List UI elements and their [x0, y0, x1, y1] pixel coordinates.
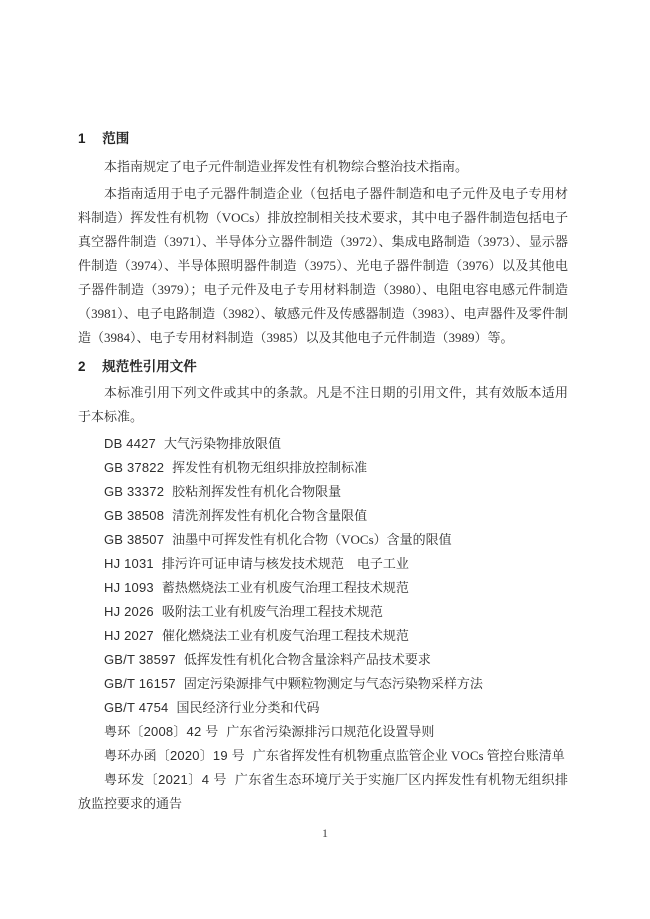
reference-title: 固定污染源排气中颗粒物测定与气态污染物采样方法: [184, 676, 483, 691]
reference-item: GB 37822挥发性有机物无组织排放控制标准: [78, 456, 568, 480]
reference-item: HJ 2026吸附法工业有机废气治理工程技术规范: [78, 600, 568, 624]
reference-code: 粤环发〔2021〕4 号: [104, 772, 227, 787]
reference-item: GB 38507油墨中可挥发性有机化合物（VOCs）含量的限值: [78, 528, 568, 552]
reference-title: 低挥发性有机化合物含量涂料产品技术要求: [184, 652, 431, 667]
reference-item: GB/T 38597低挥发性有机化合物含量涂料产品技术要求: [78, 648, 568, 672]
reference-code: HJ 2026: [104, 604, 154, 619]
reference-title: 排污许可证申请与核发技术规范 电子工业: [162, 556, 409, 571]
reference-title: 清洗剂挥发性有机化合物含量限值: [172, 508, 367, 523]
reference-code: GB 37822: [104, 460, 164, 475]
reference-title: 蓄热燃烧法工业有机废气治理工程技术规范: [162, 580, 409, 595]
reference-item: 粤环办函〔2020〕19 号广东省挥发性有机物重点监管企业 VOCs 管控台账清…: [78, 744, 568, 768]
reference-code: 粤环办函〔2020〕19 号: [104, 748, 245, 763]
reference-title: 油墨中可挥发性有机化合物（VOCs）含量的限值: [172, 532, 452, 547]
reference-item: GB/T 4754国民经济行业分类和代码: [78, 696, 568, 720]
reference-item: DB 4427大气污染物排放限值: [78, 432, 568, 456]
reference-code: GB 38507: [104, 532, 164, 547]
page-number: 1: [0, 826, 650, 841]
section-normative-references: 2 规范性引用文件 本标准引用下列文件或其中的条款。凡是不注日期的引用文件，其有…: [78, 355, 568, 816]
section-number: 1: [78, 127, 86, 151]
reference-item: HJ 1031排污许可证申请与核发技术规范 电子工业: [78, 552, 568, 576]
reference-title: 挥发性有机物无组织排放控制标准: [172, 460, 367, 475]
reference-code: GB 33372: [104, 484, 164, 499]
reference-item: GB 33372胶粘剂挥发性有机化合物限量: [78, 480, 568, 504]
scope-paragraph-1: 本指南规定了电子元件制造业挥发性有机物综合整治技术指南。: [78, 155, 568, 179]
reference-title: 胶粘剂挥发性有机化合物限量: [172, 484, 341, 499]
reference-title: 大气污染物排放限值: [164, 436, 281, 451]
scope-paragraph-2: 本指南适用于电子元器件制造企业（包括电子器件制造和电子元件及电子专用材料制造）挥…: [78, 182, 568, 350]
section-number: 2: [78, 355, 86, 379]
reference-title: 吸附法工业有机废气治理工程技术规范: [162, 604, 383, 619]
section-title: 规范性引用文件: [102, 359, 197, 374]
reference-code: DB 4427: [104, 436, 156, 451]
reference-list: DB 4427大气污染物排放限值GB 37822挥发性有机物无组织排放控制标准G…: [78, 432, 568, 816]
reference-title: 广东省污染源排污口规范化设置导则: [226, 724, 434, 739]
reference-title: 催化燃烧法工业有机废气治理工程技术规范: [162, 628, 409, 643]
reference-item: 粤环发〔2021〕4 号广东省生态环境厅关于实施厂区内挥发性有机物无组织排放监控…: [78, 768, 568, 816]
reference-code: GB/T 4754: [104, 700, 168, 715]
reference-title: 国民经济行业分类和代码: [176, 700, 319, 715]
reference-item: HJ 1093蓄热燃烧法工业有机废气治理工程技术规范: [78, 576, 568, 600]
document-page: 1 范围 本指南规定了电子元件制造业挥发性有机物综合整治技术指南。 本指南适用于…: [0, 0, 650, 919]
reference-title: 广东省挥发性有机物重点监管企业 VOCs 管控台账清单: [253, 748, 565, 763]
section-scope: 1 范围 本指南规定了电子元件制造业挥发性有机物综合整治技术指南。 本指南适用于…: [78, 127, 568, 350]
reference-code: GB/T 16157: [104, 676, 176, 691]
reference-item: 粤环〔2008〕42 号广东省污染源排污口规范化设置导则: [78, 720, 568, 744]
section-heading: 2 规范性引用文件: [78, 355, 568, 379]
reference-item: GB/T 16157固定污染源排气中颗粒物测定与气态污染物采样方法: [78, 672, 568, 696]
reference-code: 粤环〔2008〕42 号: [104, 724, 218, 739]
section-title: 范围: [102, 131, 129, 146]
reference-code: HJ 2027: [104, 628, 154, 643]
reference-item: GB 38508清洗剂挥发性有机化合物含量限值: [78, 504, 568, 528]
references-intro: 本标准引用下列文件或其中的条款。凡是不注日期的引用文件，其有效版本适用于本标准。: [78, 381, 568, 429]
reference-code: GB/T 38597: [104, 652, 176, 667]
reference-code: HJ 1093: [104, 580, 154, 595]
section-heading: 1 范围: [78, 127, 568, 151]
reference-item: HJ 2027催化燃烧法工业有机废气治理工程技术规范: [78, 624, 568, 648]
reference-code: GB 38508: [104, 508, 164, 523]
reference-code: HJ 1031: [104, 556, 154, 571]
